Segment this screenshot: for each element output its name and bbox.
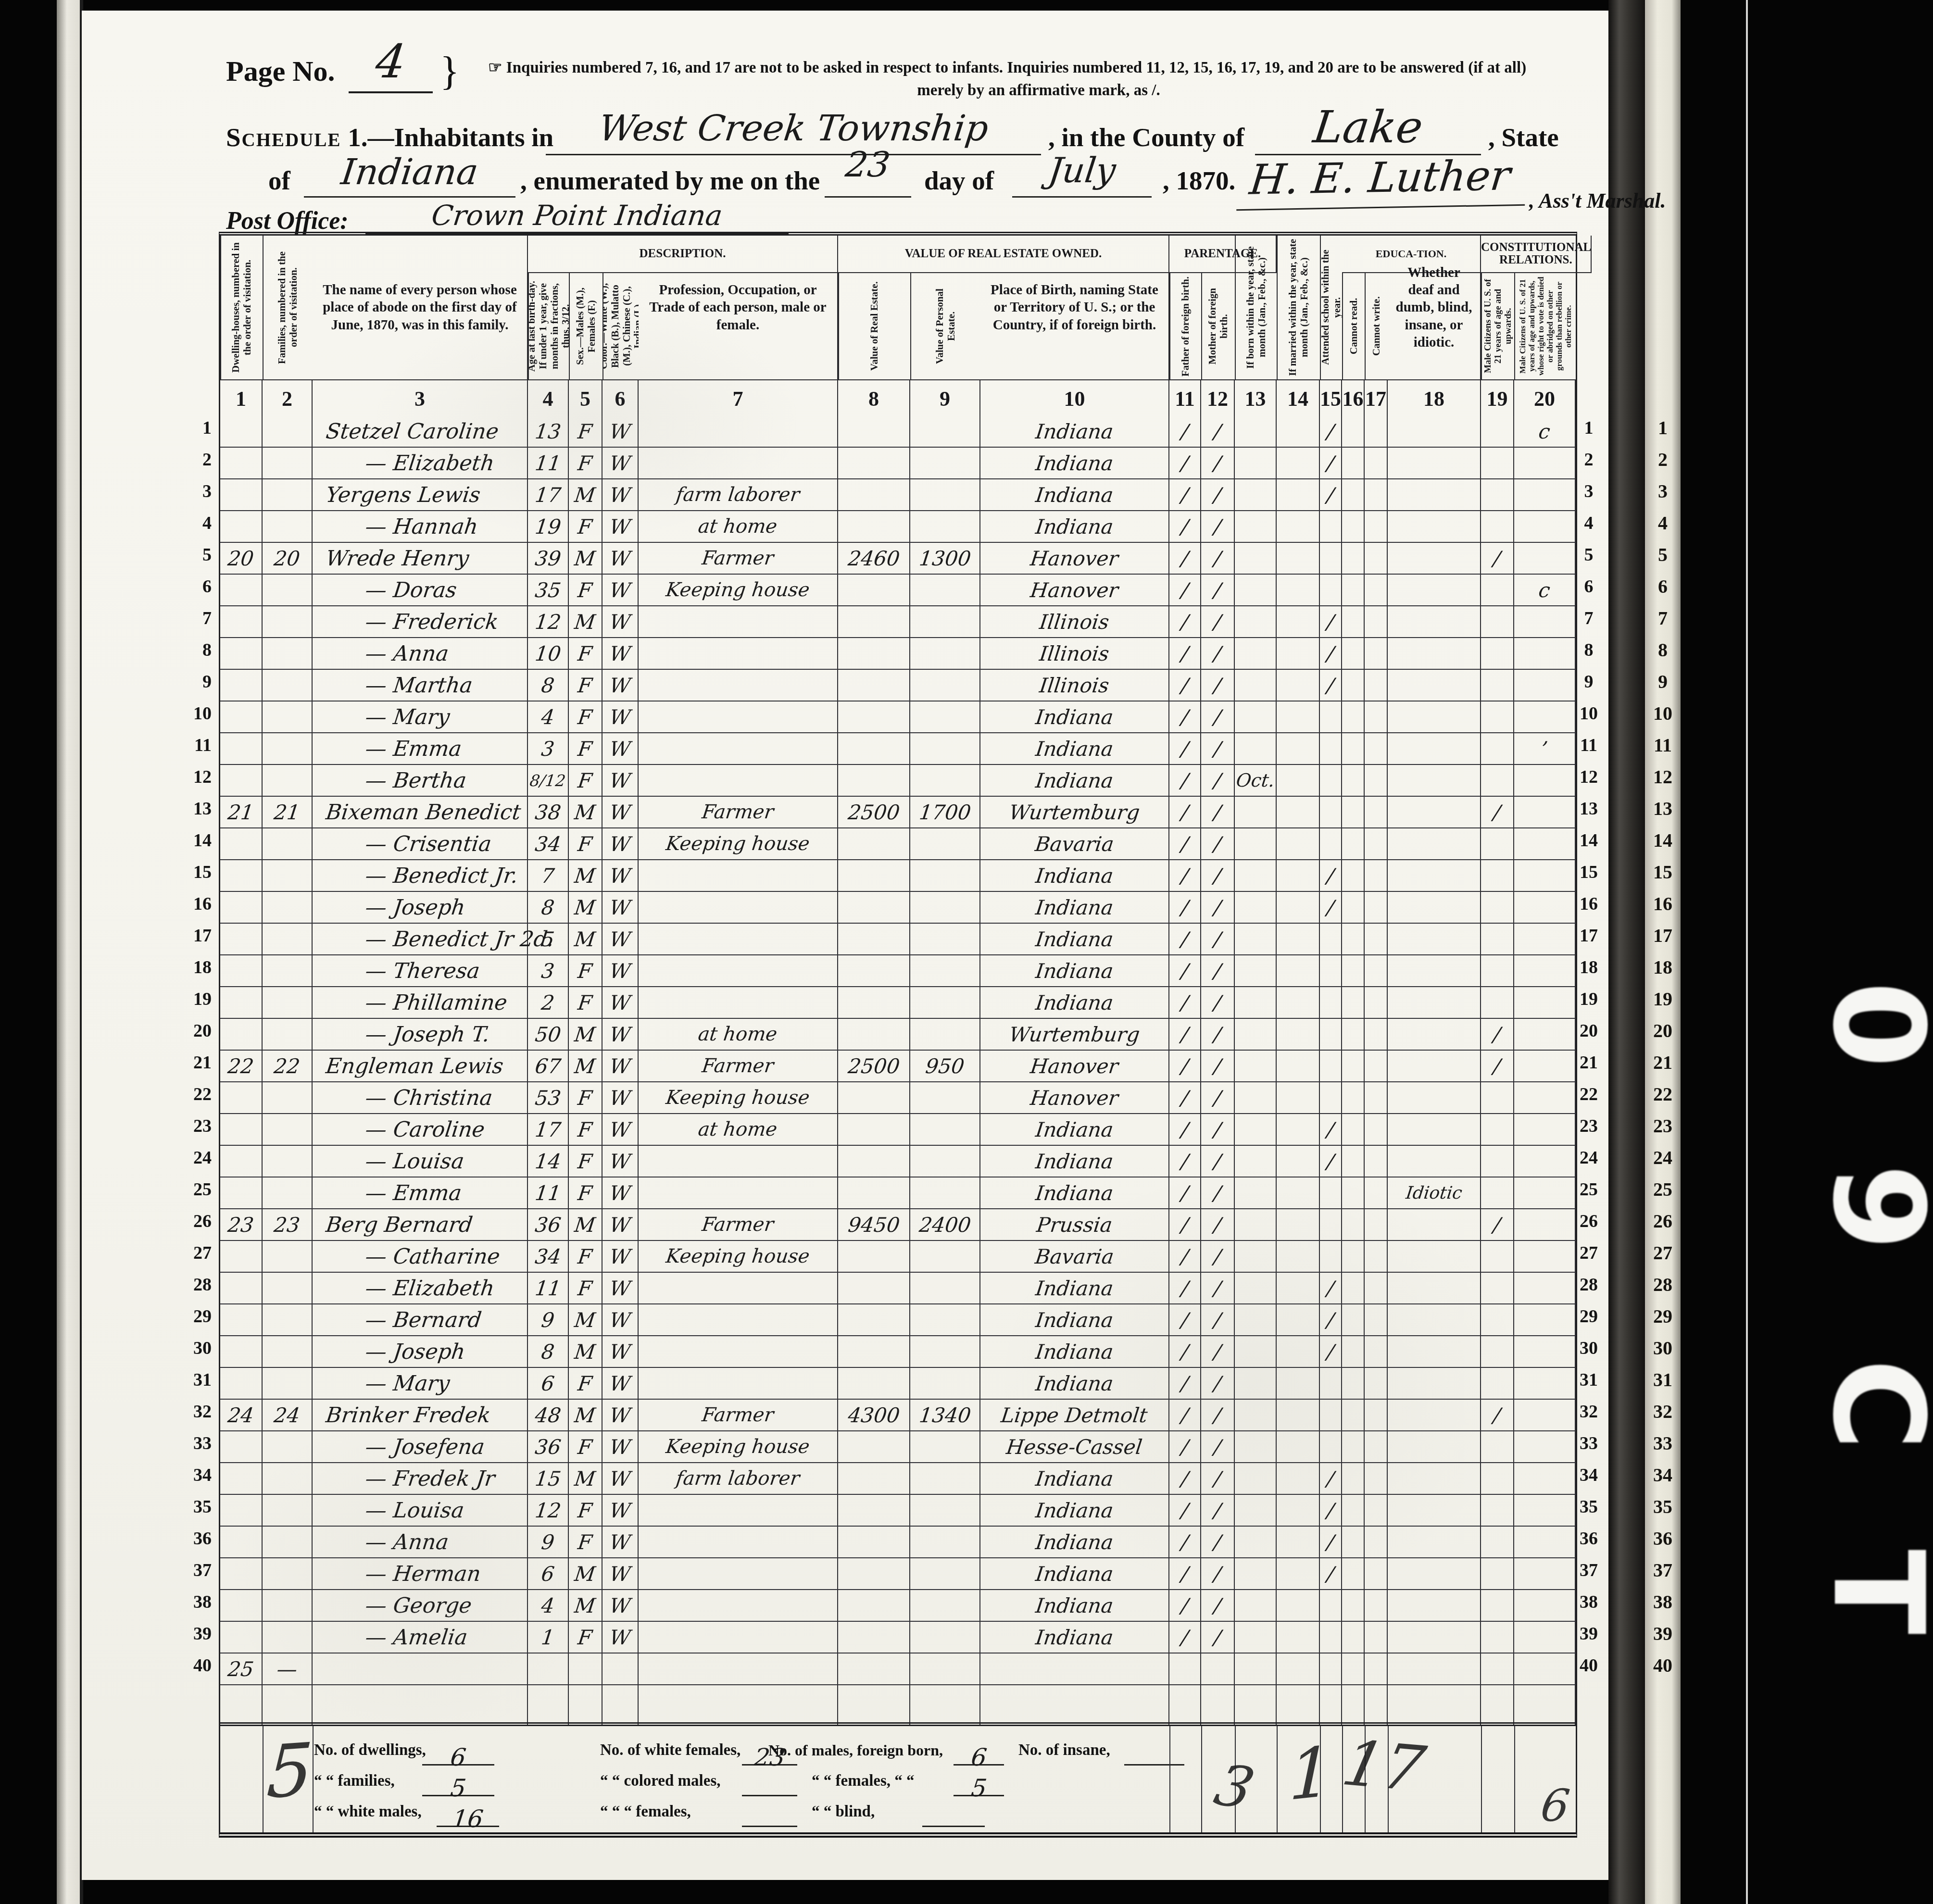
cell-married_month_if_within_year — [1277, 1273, 1320, 1303]
cell-cannot_write — [1365, 1527, 1388, 1557]
cell-occupation — [639, 1653, 838, 1684]
cell-male_citizen_21: / — [1481, 543, 1514, 574]
cell-occupation — [639, 1304, 838, 1335]
cell-age: 39 — [528, 543, 569, 574]
film-scratch-line — [1746, 0, 1748, 1904]
row-number: 13 — [184, 793, 212, 825]
column-number-9: 9 — [910, 380, 980, 417]
cell-age: 50 — [528, 1019, 569, 1050]
cell-color: W — [602, 733, 639, 764]
column-number-1: 1 — [220, 380, 263, 417]
colored-males-value — [742, 1766, 797, 1796]
cell-age: 12 — [528, 606, 569, 637]
cell-birth_month_if_within_year — [1235, 1051, 1277, 1081]
cell-real_estate_value — [838, 1082, 910, 1113]
cell-cannot_write — [1365, 733, 1388, 764]
cell-personal_estate_value — [910, 1368, 980, 1399]
adjacent-page-row-number: 6 — [1645, 571, 1681, 602]
cell-personal_estate_value — [910, 1463, 980, 1494]
cell-male_citizen_21: / — [1481, 1019, 1514, 1050]
cell-real_estate_value: 9450 — [838, 1209, 910, 1240]
row-number: 18 — [184, 952, 212, 983]
cell-color: W — [602, 1304, 639, 1335]
cell-male_citizen_21_vote_denied — [1514, 1146, 1576, 1177]
cell-attended_school — [1320, 1051, 1342, 1081]
row-number: 34 — [1575, 1459, 1603, 1491]
cell-married_month_if_within_year — [1277, 1431, 1320, 1462]
cell-family — [263, 1273, 313, 1303]
cell-age: 17 — [528, 1114, 569, 1145]
adjacent-page-row-number: 24 — [1645, 1142, 1681, 1174]
cell-married_month_if_within_year — [1277, 1368, 1320, 1399]
cell-birth_month_if_within_year — [1235, 1273, 1277, 1303]
cell-attended_school: / — [1320, 448, 1342, 478]
row-number: 23 — [1575, 1110, 1603, 1142]
cell-birthplace: Indiana — [980, 1527, 1169, 1557]
row-number: 1 — [1575, 412, 1603, 444]
cell-name: — Elizabeth — [313, 448, 528, 478]
cell-mother_foreign_born: / — [1201, 1019, 1235, 1050]
cell-birthplace: Indiana — [980, 892, 1169, 923]
cell-empty — [838, 1685, 910, 1726]
cell-deaf_dumb_blind_insane_idiotic — [1388, 1051, 1481, 1081]
cell-family — [263, 1463, 313, 1494]
insane-value — [1124, 1735, 1184, 1766]
cell-male_citizen_21 — [1481, 1241, 1514, 1272]
cell-empty — [1320, 1685, 1342, 1726]
cell-age: 36 — [528, 1209, 569, 1240]
cell-occupation — [639, 733, 838, 764]
adjacent-page-row-number: 16 — [1645, 888, 1681, 920]
cell-sex — [569, 1653, 602, 1684]
cell-dwelling — [220, 701, 263, 732]
cell-mother_foreign_born: / — [1201, 638, 1235, 669]
cell-male_citizen_21 — [1481, 892, 1514, 923]
cell-cannot_write — [1365, 479, 1388, 510]
cell-deaf_dumb_blind_insane_idiotic — [1388, 828, 1481, 859]
cell-attended_school — [1320, 1431, 1342, 1462]
cell-real_estate_value — [838, 1431, 910, 1462]
cell-sex: M — [569, 1336, 602, 1367]
cell-male_citizen_21 — [1481, 575, 1514, 605]
cell-family — [263, 701, 313, 732]
cell-male_citizen_21_vote_denied: ’ — [1514, 733, 1576, 764]
day-value: 23 — [846, 144, 890, 185]
cell-married_month_if_within_year — [1277, 765, 1320, 796]
cell-age: 14 — [528, 1146, 569, 1177]
cell-empty — [980, 1685, 1169, 1726]
cell-male_citizen_21_vote_denied — [1514, 1019, 1576, 1050]
cell-married_month_if_within_year — [1277, 511, 1320, 542]
table-row: — Benedict Jr 2d.5MWIndiana// — [220, 924, 1576, 955]
cell-personal_estate_value — [910, 1082, 980, 1113]
cell-dwelling — [220, 1368, 263, 1399]
adjacent-page-row-number: 23 — [1645, 1110, 1681, 1142]
cell-name: — Catharine — [313, 1241, 528, 1272]
row-number: 30 — [1575, 1332, 1603, 1364]
adjacent-page-row-number: 26 — [1645, 1205, 1681, 1237]
cell-dwelling — [220, 987, 263, 1018]
cell-cannot_read — [1342, 987, 1365, 1018]
column-header-12: Mother of foreign birth. — [1201, 273, 1235, 379]
cell-family — [263, 1241, 313, 1272]
cell-birthplace: Indiana — [980, 1463, 1169, 1494]
cell-empty — [910, 1685, 980, 1726]
cell-male_citizen_21_vote_denied — [1514, 987, 1576, 1018]
cell-dwelling — [220, 828, 263, 859]
cell-name: Brinker Fredek — [313, 1400, 528, 1430]
cell-birthplace: Indiana — [980, 701, 1169, 732]
white-males-label: “ “ white males, — [314, 1796, 422, 1827]
census-scan: { "header": { "page_no_label": "Page No.… — [0, 0, 1933, 1904]
cell-dwelling — [220, 511, 263, 542]
cell-attended_school — [1320, 1209, 1342, 1240]
cell-occupation: Farmer — [639, 797, 838, 827]
row-number: 29 — [1575, 1301, 1603, 1332]
cell-sex: M — [569, 1019, 602, 1050]
cell-mother_foreign_born: / — [1201, 1368, 1235, 1399]
cell-cannot_read — [1342, 1590, 1365, 1621]
cell-family — [263, 1431, 313, 1462]
cell-married_month_if_within_year — [1277, 670, 1320, 701]
cell-color: W — [602, 860, 639, 891]
cell-father_foreign_born: / — [1169, 828, 1201, 859]
cell-deaf_dumb_blind_insane_idiotic — [1388, 511, 1481, 542]
post-office-label: Post Office: — [226, 207, 349, 235]
cell-real_estate_value — [838, 416, 910, 447]
cell-father_foreign_born: / — [1169, 1273, 1201, 1303]
cell-name: — Theresa — [313, 955, 528, 986]
row-number: 14 — [184, 825, 212, 856]
cell-family: — — [263, 1653, 313, 1684]
cell-family — [263, 511, 313, 542]
cell-birthplace: Indiana — [980, 955, 1169, 986]
cell-mother_foreign_born: / — [1201, 1273, 1235, 1303]
cell-sex: M — [569, 479, 602, 510]
cell-male_citizen_21 — [1481, 416, 1514, 447]
cell-occupation: Keeping house — [639, 828, 838, 859]
cell-sex: M — [569, 606, 602, 637]
cell-attended_school — [1320, 1082, 1342, 1113]
summary-column-rule — [1277, 1726, 1278, 1832]
cell-father_foreign_born: / — [1169, 701, 1201, 732]
table-row-empty — [220, 1685, 1576, 1726]
cell-cannot_read — [1342, 765, 1365, 796]
cell-mother_foreign_born: / — [1201, 1146, 1235, 1177]
cell-attended_school: / — [1320, 1336, 1342, 1367]
cell-deaf_dumb_blind_insane_idiotic — [1388, 955, 1481, 986]
cell-family — [263, 606, 313, 637]
cell-male_citizen_21_vote_denied — [1514, 1082, 1576, 1113]
cell-male_citizen_21_vote_denied — [1514, 1495, 1576, 1526]
cell-cannot_read — [1342, 1558, 1365, 1589]
cell-dwelling: 23 — [220, 1209, 263, 1240]
cell-family — [263, 733, 313, 764]
cell-father_foreign_born: / — [1169, 1558, 1201, 1589]
cell-birth_month_if_within_year — [1235, 955, 1277, 986]
cell-sex: F — [569, 955, 602, 986]
cell-married_month_if_within_year — [1277, 1241, 1320, 1272]
cell-age: 13 — [528, 416, 569, 447]
cell-deaf_dumb_blind_insane_idiotic — [1388, 1431, 1481, 1462]
cell-deaf_dumb_blind_insane_idiotic — [1388, 543, 1481, 574]
cell-deaf_dumb_blind_insane_idiotic — [1388, 1273, 1481, 1303]
day-field: 23 — [825, 136, 911, 198]
cell-sex: F — [569, 1495, 602, 1526]
cell-cannot_read — [1342, 416, 1365, 447]
cell-dwelling — [220, 1146, 263, 1177]
cell-cannot_write — [1365, 606, 1388, 637]
cell-male_citizen_21 — [1481, 1146, 1514, 1177]
cell-empty — [1514, 1685, 1576, 1726]
cell-attended_school — [1320, 1177, 1342, 1208]
cell-dwelling — [220, 1177, 263, 1208]
cell-mother_foreign_born: / — [1201, 1463, 1235, 1494]
cell-color: W — [602, 1622, 639, 1653]
cell-father_foreign_born: / — [1169, 892, 1201, 923]
cell-name: — Louisa — [313, 1495, 528, 1526]
cell-color: W — [602, 1082, 639, 1113]
cell-male_citizen_21_vote_denied — [1514, 955, 1576, 986]
table-row: — George4MWIndiana// — [220, 1590, 1576, 1622]
cell-father_foreign_born: / — [1169, 1495, 1201, 1526]
cell-married_month_if_within_year — [1277, 1146, 1320, 1177]
cell-occupation: at home — [639, 1114, 838, 1145]
cell-male_citizen_21_vote_denied — [1514, 892, 1576, 923]
cell-real_estate_value — [838, 1019, 910, 1050]
cell-cannot_read — [1342, 1019, 1365, 1050]
cell-cannot_write — [1365, 1241, 1388, 1272]
cell-empty — [313, 1685, 528, 1726]
cell-color: W — [602, 1463, 639, 1494]
cell-name: — Doras — [313, 575, 528, 605]
cell-male_citizen_21_vote_denied — [1514, 1463, 1576, 1494]
cell-age: 5 — [528, 924, 569, 954]
column-header-19: Male Citizens of U. S. of 21 years of ag… — [1481, 273, 1514, 379]
cell-father_foreign_born: / — [1169, 1527, 1201, 1557]
cell-family — [263, 1146, 313, 1177]
cell-empty — [263, 1685, 313, 1726]
column-number-7: 7 — [639, 380, 838, 417]
cell-birthplace: Hesse-Cassel — [980, 1431, 1169, 1462]
row-number: 37 — [1575, 1554, 1603, 1586]
cell-married_month_if_within_year — [1277, 1400, 1320, 1430]
cell-age: 8 — [528, 1336, 569, 1367]
census-page: Page No. 4 } ☞ Inquiries numbered 7, 16,… — [82, 11, 1608, 1880]
cell-father_foreign_born: / — [1169, 1368, 1201, 1399]
cell-male_citizen_21_vote_denied — [1514, 1622, 1576, 1653]
cell-personal_estate_value — [910, 987, 980, 1018]
row-number: 10 — [1575, 698, 1603, 729]
cell-deaf_dumb_blind_insane_idiotic — [1388, 1209, 1481, 1240]
cell-sex: M — [569, 1304, 602, 1335]
cell-mother_foreign_born: / — [1201, 543, 1235, 574]
cell-attended_school — [1320, 765, 1342, 796]
adjacent-page-row-number: 12 — [1645, 761, 1681, 793]
cell-male_citizen_21 — [1481, 987, 1514, 1018]
cell-birth_month_if_within_year — [1235, 1653, 1277, 1684]
cell-real_estate_value — [838, 733, 910, 764]
cell-personal_estate_value — [910, 1146, 980, 1177]
cell-family — [263, 1336, 313, 1367]
cell-deaf_dumb_blind_insane_idiotic — [1388, 670, 1481, 701]
cell-mother_foreign_born: / — [1201, 1495, 1235, 1526]
page-no-field: 4 — [349, 35, 433, 93]
cell-personal_estate_value — [910, 511, 980, 542]
cell-color: W — [602, 892, 639, 923]
cell-male_citizen_21 — [1481, 606, 1514, 637]
cell-male_citizen_21 — [1481, 860, 1514, 891]
cell-married_month_if_within_year — [1277, 575, 1320, 605]
cell-dwelling — [220, 1273, 263, 1303]
cell-color: W — [602, 828, 639, 859]
row-number: 39 — [1575, 1618, 1603, 1650]
row-number: 22 — [184, 1078, 212, 1110]
column-number-8: 8 — [838, 380, 910, 417]
adjacent-page-row-number: 19 — [1645, 983, 1681, 1015]
cell-name: Wrede Henry — [313, 543, 528, 574]
cell-dwelling — [220, 1558, 263, 1589]
cell-age: 48 — [528, 1400, 569, 1430]
cell-father_foreign_born: / — [1169, 733, 1201, 764]
cell-mother_foreign_born: / — [1201, 606, 1235, 637]
row-number: 24 — [1575, 1142, 1603, 1174]
column-number-17: 17 — [1365, 380, 1388, 417]
cell-male_citizen_21: / — [1481, 1400, 1514, 1430]
cell-family — [263, 1622, 313, 1653]
table-row: — Phillamine2FWIndiana// — [220, 987, 1576, 1019]
cell-birthplace: Wurtemburg — [980, 1019, 1169, 1050]
cell-attended_school — [1320, 1653, 1342, 1684]
cell-attended_school — [1320, 1622, 1342, 1653]
cell-deaf_dumb_blind_insane_idiotic — [1388, 892, 1481, 923]
cell-name: — Elizabeth — [313, 1273, 528, 1303]
row-number: 22 — [1575, 1078, 1603, 1110]
cell-personal_estate_value — [910, 416, 980, 447]
cell-male_citizen_21_vote_denied — [1514, 1431, 1576, 1462]
cell-real_estate_value — [838, 1622, 910, 1653]
cell-name: — Crisentia — [313, 828, 528, 859]
cell-father_foreign_born — [1169, 1653, 1201, 1684]
cell-birthplace: Indiana — [980, 1622, 1169, 1653]
cell-birthplace: Indiana — [980, 1114, 1169, 1145]
cell-attended_school: / — [1320, 860, 1342, 891]
cell-age: 35 — [528, 575, 569, 605]
cell-occupation — [639, 1622, 838, 1653]
cell-personal_estate_value: 2400 — [910, 1209, 980, 1240]
cell-real_estate_value — [838, 606, 910, 637]
cell-cannot_write — [1365, 1304, 1388, 1335]
adjacent-page-row-number: 15 — [1645, 856, 1681, 888]
column-header-9: Value of Personal Estate. — [910, 273, 980, 379]
families-value: 5 — [422, 1766, 494, 1796]
cell-attended_school — [1320, 575, 1342, 605]
cell-cannot_read — [1342, 1273, 1365, 1303]
cell-birth_month_if_within_year — [1235, 1431, 1277, 1462]
cell-male_citizen_21_vote_denied — [1514, 670, 1576, 701]
cell-deaf_dumb_blind_insane_idiotic — [1388, 1495, 1481, 1526]
cell-age: 6 — [528, 1558, 569, 1589]
cell-sex: F — [569, 1241, 602, 1272]
cell-age: 67 — [528, 1051, 569, 1081]
cell-personal_estate_value — [910, 1431, 980, 1462]
cell-deaf_dumb_blind_insane_idiotic — [1388, 1527, 1481, 1557]
adjacent-page-row-number: 5 — [1645, 539, 1681, 571]
cell-occupation — [639, 1146, 838, 1177]
column-number-2: 2 — [263, 380, 313, 417]
cell-dwelling — [220, 575, 263, 605]
cell-deaf_dumb_blind_insane_idiotic — [1388, 701, 1481, 732]
cell-family — [263, 1558, 313, 1589]
insane-label: No. of insane, — [1018, 1735, 1110, 1766]
cell-dwelling — [220, 892, 263, 923]
cell-deaf_dumb_blind_insane_idiotic — [1388, 1463, 1481, 1494]
row-number: 6 — [184, 571, 212, 602]
cell-real_estate_value — [838, 1527, 910, 1557]
cell-real_estate_value — [838, 575, 910, 605]
row-number: 4 — [184, 507, 212, 539]
cell-attended_school — [1320, 701, 1342, 732]
adjacent-page-row-number: 8 — [1645, 634, 1681, 666]
adjacent-page-row-number: 2 — [1645, 444, 1681, 476]
cell-male_citizen_21_vote_denied — [1514, 1527, 1576, 1557]
cell-age: 6 — [528, 1368, 569, 1399]
cell-male_citizen_21_vote_denied — [1514, 1558, 1576, 1589]
cell-personal_estate_value — [910, 733, 980, 764]
cell-father_foreign_born: / — [1169, 1336, 1201, 1367]
cell-birthplace: Bavaria — [980, 828, 1169, 859]
table-row: Yergens Lewis17MWfarm laborerIndiana/// — [220, 479, 1576, 511]
cell-mother_foreign_born: / — [1201, 479, 1235, 510]
cell-cannot_write — [1365, 1336, 1388, 1367]
cell-personal_estate_value — [910, 1241, 980, 1272]
cell-birthplace: Hanover — [980, 1051, 1169, 1081]
scan-left-edge — [57, 0, 82, 1904]
cell-sex: M — [569, 860, 602, 891]
cell-sex: F — [569, 575, 602, 605]
column-header-10: Place of Birth, naming State or Territor… — [980, 236, 1169, 379]
summary-column-rule — [1481, 1726, 1482, 1832]
cell-cannot_write — [1365, 1622, 1388, 1653]
table-row: — Christina53FWKeeping houseHanover// — [220, 1082, 1576, 1114]
cell-male_citizen_21 — [1481, 733, 1514, 764]
cell-birthplace: Indiana — [980, 511, 1169, 542]
cell-cannot_write — [1365, 670, 1388, 701]
column-header-18: Whether deaf and dumb, blind, insane, or… — [1388, 236, 1481, 379]
cell-cannot_write — [1365, 1400, 1388, 1430]
row-number: 30 — [184, 1332, 212, 1364]
cell-deaf_dumb_blind_insane_idiotic — [1388, 1241, 1481, 1272]
cell-dwelling — [220, 860, 263, 891]
column-number-row: 1234567891011121314151617181920 — [220, 379, 1576, 417]
cell-personal_estate_value — [910, 828, 980, 859]
column-header-2: Families, numbered in the order of visit… — [263, 236, 313, 379]
cell-color: W — [602, 1368, 639, 1399]
cell-male_citizen_21_vote_denied — [1514, 860, 1576, 891]
cell-age: 11 — [528, 1177, 569, 1208]
cell-name: — Frederick — [313, 606, 528, 637]
cell-deaf_dumb_blind_insane_idiotic — [1388, 924, 1481, 954]
cell-deaf_dumb_blind_insane_idiotic — [1388, 987, 1481, 1018]
cell-attended_school: / — [1320, 479, 1342, 510]
cell-sex: M — [569, 1209, 602, 1240]
cell-male_citizen_21 — [1481, 1336, 1514, 1367]
cell-birthplace: Indiana — [980, 1336, 1169, 1367]
cell-cannot_write — [1365, 860, 1388, 891]
cell-attended_school — [1320, 955, 1342, 986]
cell-attended_school — [1320, 511, 1342, 542]
cell-father_foreign_born: / — [1169, 1241, 1201, 1272]
